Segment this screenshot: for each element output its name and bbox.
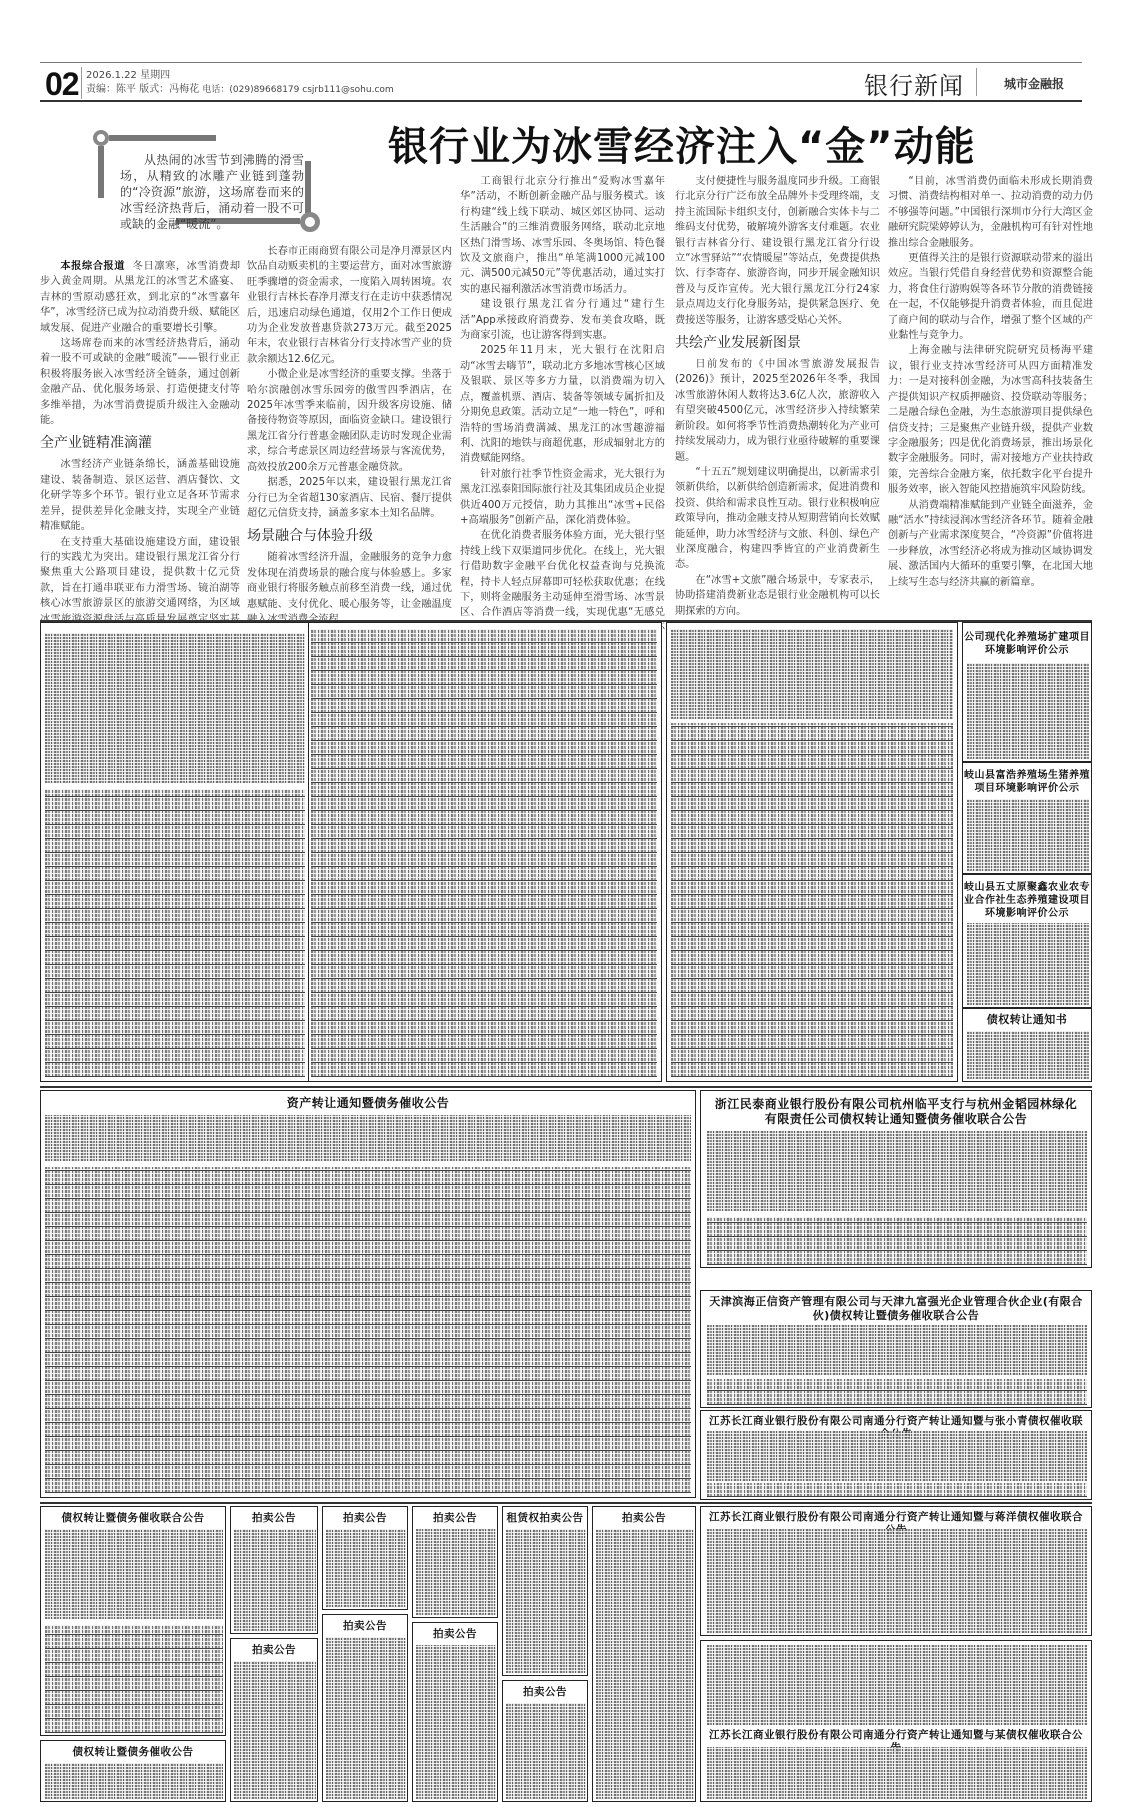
notice-body-text [416, 1529, 496, 1615]
notice-table [707, 1217, 1087, 1265]
paragraph: “目前，冰雪消费仍面临未形成长期消费习惯、消费结构相对单一、拉动消费的动力仍不够… [888, 174, 1093, 251]
notice-auction-5: 拍卖公告 [412, 1506, 498, 1618]
paragraph: 长春市正雨商贸有限公司是净月潭景区内饮品自动贩卖机的主要运营方，面对冰雪旅游旺季… [247, 244, 452, 367]
divider [81, 67, 82, 99]
notice-body-text [967, 923, 1089, 1005]
notice-title: 公司现代化养殖场扩建项目环境影响评价公示 [963, 631, 1091, 657]
notice-asset-list-left [40, 622, 662, 1082]
paragraph: 更值得关注的是银行资源联动带来的溢出效应。当银行凭借自身经营优势和资源整合能力，… [888, 251, 1093, 343]
lead-box: 从热闹的冰雪节到沸腾的滑雪场，从精致的冰雕产业链到蓬勃的“冷资源”旅游，这场席卷… [68, 118, 368, 228]
article-column-3: 工商银行北京分行推出“爱购冰雪嘉年华”活动，不断创新金融产品与服务模式。该行构建… [460, 174, 665, 652]
divider [308, 623, 309, 1082]
paragraph: 据悉，2025年以来，建设银行黑龙江省分行已为全省超130家酒店、民宿、餐厅提供… [247, 475, 452, 521]
notice-body-text [707, 1131, 1087, 1211]
issue-meta: 2026.1.22 星期四 责编：陈平 版式：冯梅花 电话：(029)89668… [86, 69, 394, 97]
section-rule [40, 1502, 1092, 1504]
notice-environment-3: 岐山县五丈原聚鑫农业农专业合作社生态养殖建设项目环境影响评价公示 [962, 874, 1092, 1008]
notice-tianjin-binhai: 天津滨海正信资产管理有限公司与天津九富强光企业管理合伙企业(有限合伙)债权转让暨… [700, 1290, 1092, 1408]
lead-text: 从热闹的冰雪节到沸腾的滑雪场，从精致的冰雕产业链到蓬勃的“冷资源”旅游，这场席卷… [120, 152, 304, 232]
notice-title: 岐山县富浩养殖场生猪养殖项目环境影响评价公示 [963, 769, 1091, 795]
section-title: 银行新闻 [864, 66, 964, 101]
notice-body-text [967, 663, 1089, 759]
notice-title: 浙江民泰商业银行股份有限公司杭州临平支行与杭州金韬园林绿化有限责任公司债权转让通… [709, 1097, 1083, 1127]
notice-title: 租赁权拍卖公告 [503, 1511, 587, 1525]
notice-body-text [326, 1529, 406, 1607]
notice-body-text [234, 1661, 316, 1799]
paragraph: 这场席卷而来的冰雪经济热背后，涌动着一股不可或缺的金融“暖流”——银行业正积极将… [40, 336, 240, 428]
notice-body-text [416, 1645, 496, 1799]
paragraph: 随着冰雪经济升温，金融服务的竞争力愈发体现在消费场景的融合度与体验感上。多家商业… [247, 550, 452, 627]
paragraph: 上海金融与法律研究院研究员杨海平建议，银行业支持冰雪经济可从四方面精准发力：一是… [888, 343, 1093, 497]
notice-debt-transfer: 债权转让通知书 [962, 1008, 1092, 1082]
notice-zhejiang-mintai: 浙江民泰商业银行股份有限公司杭州临平支行与杭州金韬园林绿化有限责任公司债权转让通… [700, 1090, 1092, 1268]
paragraph: “十五五”规划建议明确提出，以新需求引领新供给，以新供给创造新需求，促进消费和投… [675, 465, 880, 573]
notice-auction-3: 拍卖公告 [322, 1506, 408, 1610]
notice-auction-8: 拍卖公告 [592, 1506, 696, 1802]
paragraph: 冰雪经济产业链条绵长，涵盖基础设施建设、装备制造、景区运营、酒店餐饮、文化研学等… [40, 457, 240, 534]
notice-body-text [707, 1747, 1087, 1799]
notice-debt-transfer-joint: 债权转让暨债务催收联合公告 [40, 1506, 226, 1736]
notice-body-text [326, 1637, 406, 1799]
notice-body-text [707, 1325, 1087, 1375]
notice-body-text [45, 1529, 223, 1619]
paragraph: 建设银行黑龙江省分行通过“建行生活”App承接政府消费券、发布美食攻略，既为商家… [460, 297, 665, 343]
article-column-2: 长春市正雨商贸有限公司是净月潭景区内饮品自动贩卖机的主要运营方，面对冰雪旅游旺季… [247, 244, 452, 627]
notice-title: 资产转让通知暨债务催收公告 [41, 1095, 695, 1111]
notice-table [45, 789, 305, 1077]
notice-environment-1: 公司现代化养殖场扩建项目环境影响评价公示 [962, 622, 1092, 762]
notice-title: 天津滨海正信资产管理有限公司与天津九富强光企业管理合伙企业(有限合伙)债权转让暨… [707, 1295, 1085, 1323]
circle-ornament-icon [93, 130, 109, 146]
notice-title: 拍卖公告 [323, 1511, 407, 1525]
notice-auction-2: 拍卖公告 [230, 1638, 318, 1802]
byline: 本报综合报道 [60, 261, 125, 272]
notice-body-text [671, 629, 953, 719]
article-column-4: 支付便捷性与服务温度同步升级。工商银行北京分行广泛布放全品牌外卡受理终端，支持主… [675, 174, 880, 619]
notice-table [45, 1625, 223, 1733]
paragraph: 针对旅行社季节性资金需求，光大银行为黑龙江泓泰阳国际旅行社及其集团成员企业提供近… [460, 467, 665, 529]
notice-lease-auction: 租赁权拍卖公告 [502, 1506, 588, 1676]
notice-jiangsu-changjiang-2: 江苏长江商业银行股份有限公司南通分行资产转让通知暨与蒋洋债权催收联合公告 [700, 1506, 1092, 1636]
page-number: 02 [45, 66, 79, 103]
notice-table [311, 629, 657, 1077]
notice-title: 拍卖公告 [413, 1627, 497, 1641]
notice-title: 拍卖公告 [593, 1511, 695, 1525]
notice-body-text [707, 1529, 1087, 1633]
article-headline: 银行业为冰雪经济注入“金”动能 [388, 115, 976, 172]
notice-title: 拍卖公告 [323, 1619, 407, 1633]
editors: 责编：陈平 版式：冯梅花 [86, 84, 199, 95]
paragraph: 在“冰雪+文旅”融合场景中，专家表示，协助搭建消费新业态是银行业金融机构可以长期… [675, 573, 880, 619]
section-rule [40, 1086, 1092, 1088]
contact: 电话：(029)89668179 csjrb111@sohu.com [202, 85, 393, 95]
notice-body-text [45, 1763, 223, 1799]
notice-title: 拍卖公告 [503, 1685, 587, 1699]
notice-body-text [506, 1529, 586, 1673]
notice-body-text [45, 1115, 691, 1161]
notice-debt-transfer-2: 债权转让暨债务催收公告 [40, 1740, 226, 1802]
issue-date: 2026.1.22 星期四 [86, 69, 394, 83]
notice-environment-2: 岐山县富浩养殖场生猪养殖项目环境影响评价公示 [962, 762, 1092, 874]
notice-title: 拍卖公告 [413, 1511, 497, 1525]
notice-auction-7: 拍卖公告 [502, 1680, 588, 1802]
bar-ornament [109, 135, 216, 141]
notice-title: 拍卖公告 [231, 1511, 317, 1525]
paper-name: 城市金融报 [1004, 75, 1064, 92]
notice-body-text [707, 1645, 1087, 1725]
notice-body-text [234, 1529, 316, 1631]
notice-title: 债权转让通知书 [963, 1013, 1091, 1027]
page-header: 02 2026.1.22 星期四 责编：陈平 版式：冯梅花 电话：(029)89… [40, 62, 1082, 102]
notice-body-text [967, 799, 1089, 871]
notice-table [45, 1167, 691, 1493]
notice-title: 债权转让暨债务催收联合公告 [41, 1511, 225, 1525]
notice-jiangsu-changjiang-1: 江苏长江商业银行股份有限公司南通分行资产转让通知暨与张小青债权催收联合公告 [700, 1410, 1092, 1500]
paragraph: 支付便捷性与服务温度同步升级。工商银行北京分行广泛布放全品牌外卡受理终端，支持主… [675, 174, 880, 328]
paragraph: 小微企业是冰雪经济的重要支撑。坐落于哈尔滨融创冰雪乐园旁的傲雪四季酒店，在202… [247, 367, 452, 475]
subheading: 全产业链精准滴灌 [40, 433, 240, 453]
notice-body-text [45, 633, 305, 783]
subheading: 共绘产业发展新图景 [675, 333, 880, 353]
notice-auction-6: 拍卖公告 [412, 1622, 498, 1802]
notice-body-text [596, 1529, 694, 1799]
notice-title: 岐山县五丈原聚鑫农业农专业合作社生态养殖建设项目环境影响评价公示 [963, 881, 1091, 920]
article-column-5: “目前，冰雪消费仍面临未形成长期消费习惯、消费结构相对单一、拉动消费的动力仍不够… [888, 174, 1093, 590]
bar-ornament [98, 146, 104, 198]
divider [976, 68, 977, 96]
paragraph: 日前发布的《中国冰雪旅游发展报告(2026)》预计，2025至2026年冬季，我… [675, 357, 880, 465]
notice-body-text [707, 1431, 1087, 1481]
notice-title: 拍卖公告 [231, 1643, 317, 1657]
notice-body-text [506, 1703, 586, 1799]
paragraph: 2025年11月末，光大银行在沈阳启动“冰雪去嗨节”，联动北方多地冰雪核心区域及… [460, 343, 665, 466]
notice-asset-list-middle [666, 622, 958, 1082]
notice-body-text [967, 1031, 1089, 1079]
notice-table [707, 1483, 1087, 1497]
paragraph: 工商银行北京分行推出“爱购冰雪嘉年华”活动，不断创新金融产品与服务模式。该行构建… [460, 174, 665, 297]
notice-asset-transfer: 资产转让通知暨债务催收公告 [40, 1090, 696, 1498]
notice-auction-1: 拍卖公告 [230, 1506, 318, 1634]
paragraph: 从消费端精准赋能到产业链全面滋养，金融“活水”持续浸润冰雪经济各环节。随着金融创… [888, 498, 1093, 590]
subheading: 场景融合与体验升级 [247, 526, 452, 546]
notice-table [707, 1379, 1087, 1405]
notice-title: 债权转让暨债务催收公告 [41, 1745, 225, 1759]
notice-auction-4: 拍卖公告 [322, 1614, 408, 1802]
bar-ornament [305, 161, 311, 213]
notice-table [671, 723, 953, 1077]
notice-jiangsu-changjiang-3: 江苏长江商业银行股份有限公司南通分行资产转让通知暨与某债权催收联合公告 [700, 1640, 1092, 1802]
